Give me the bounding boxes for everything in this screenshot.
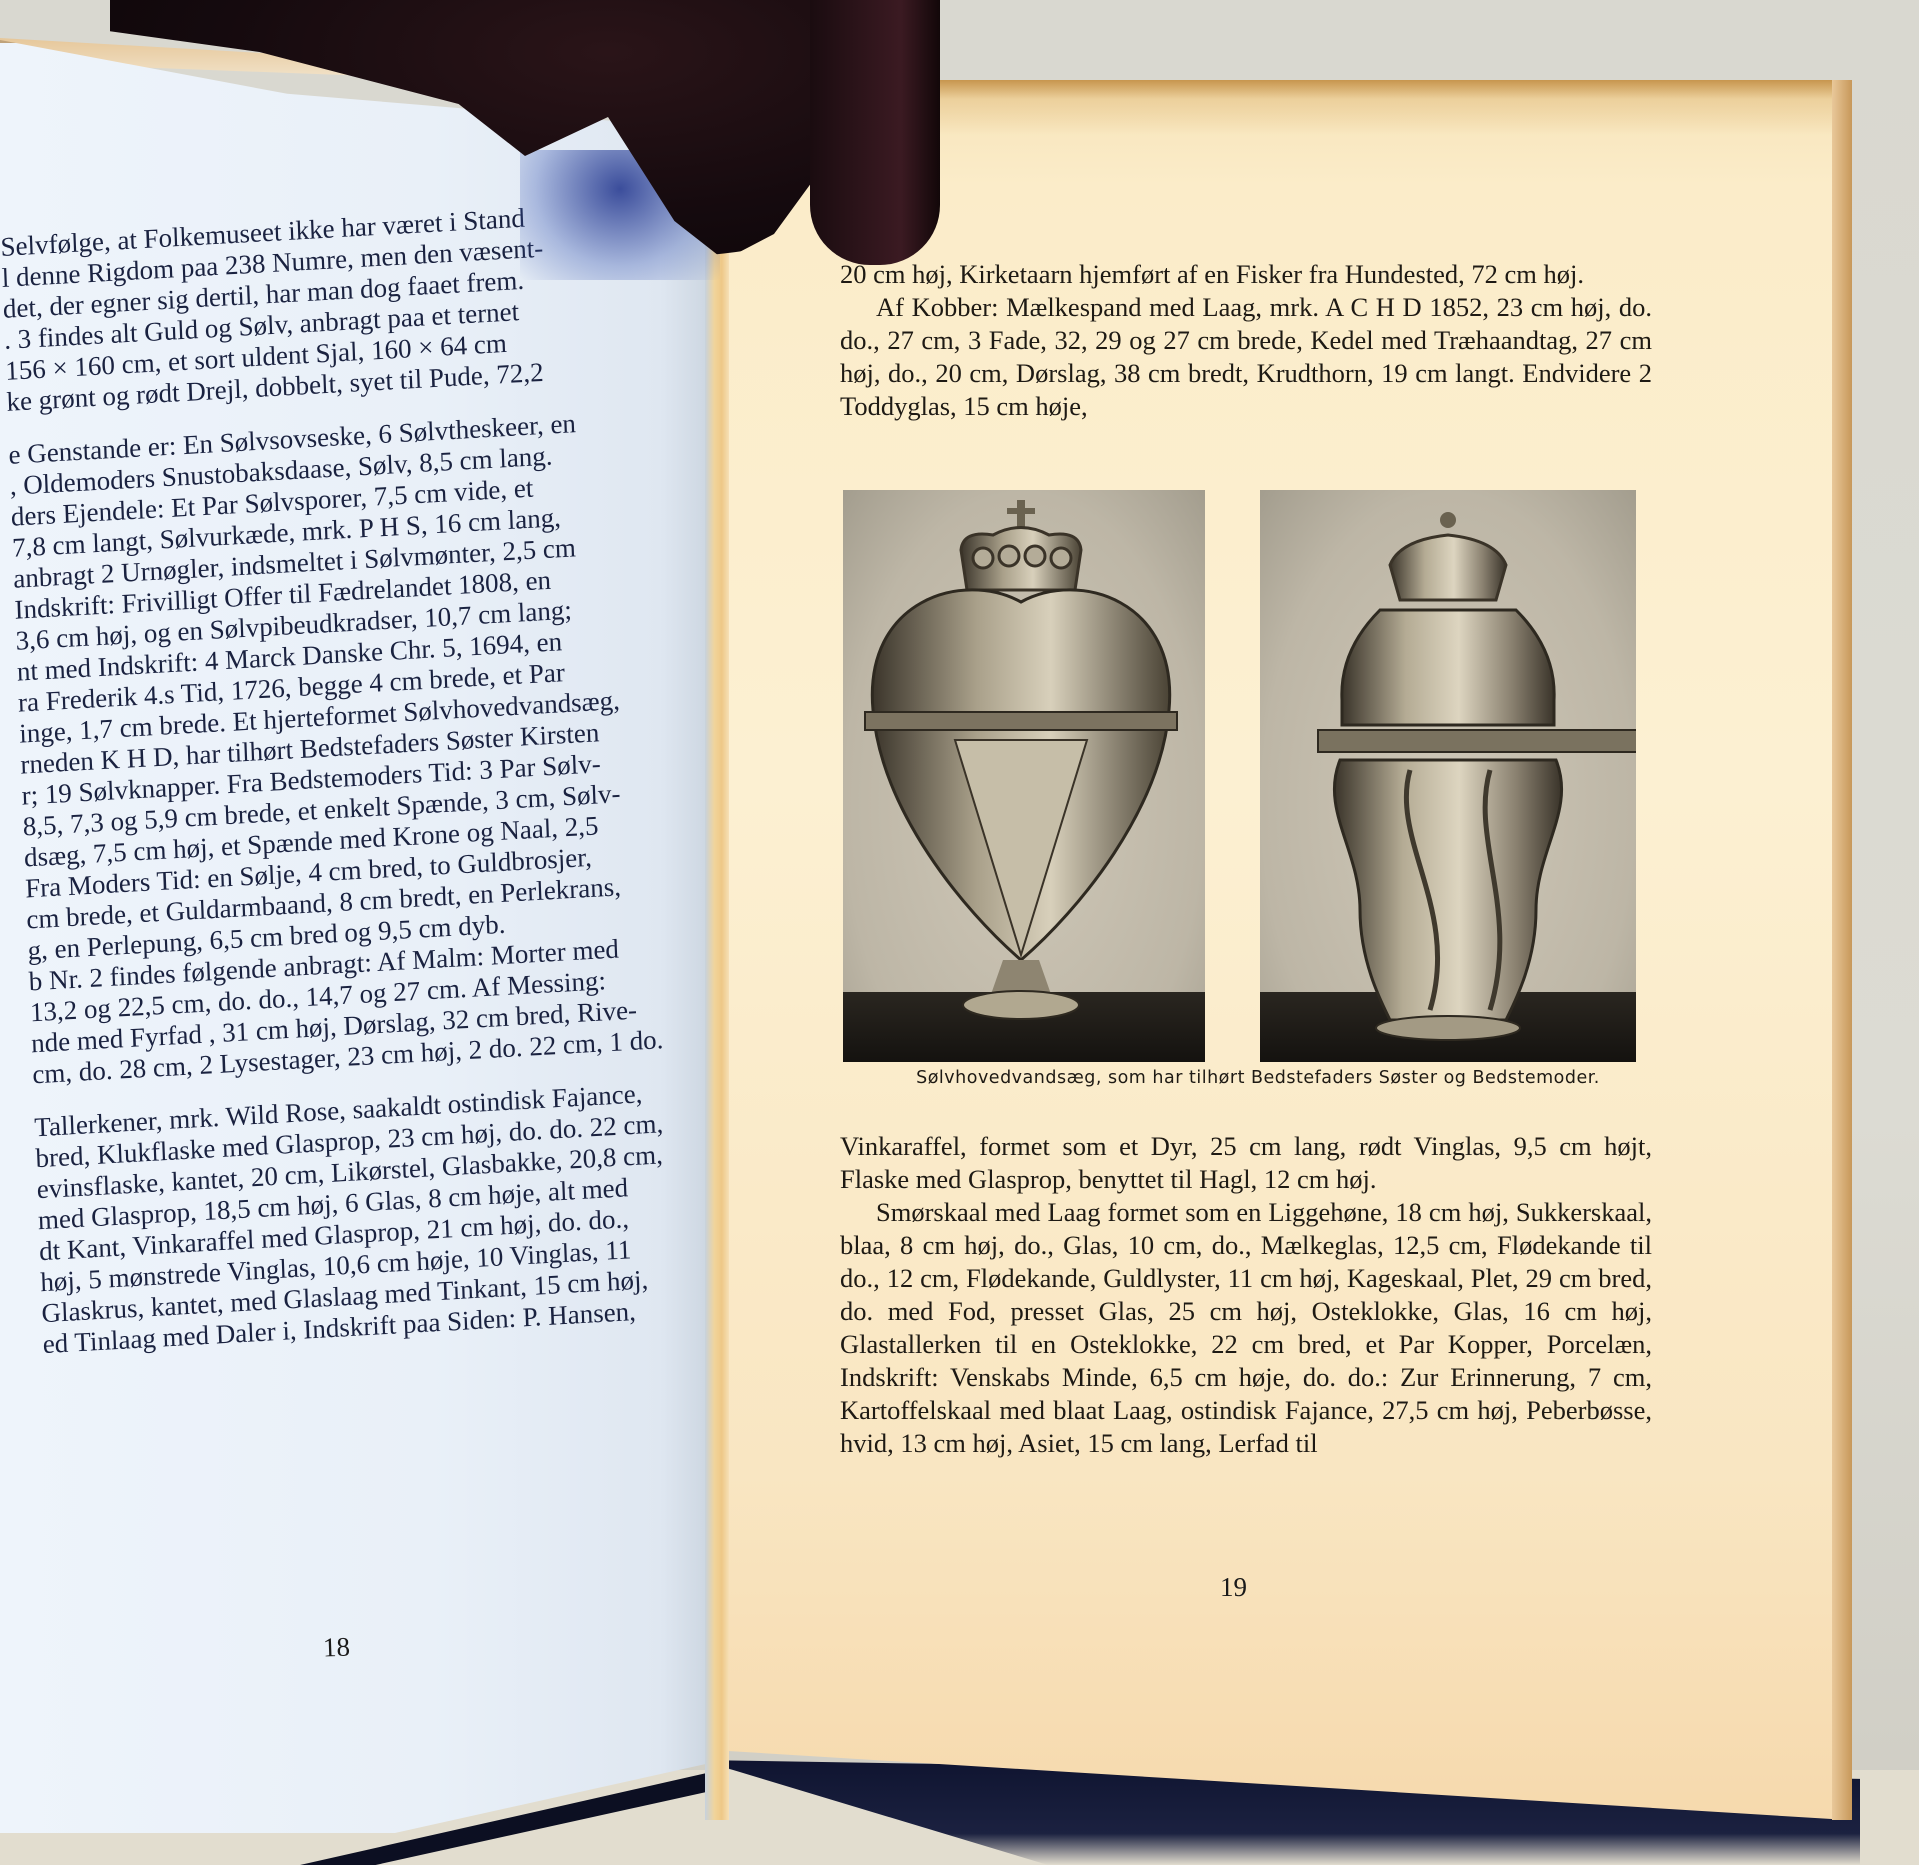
paragraph: Vinkaraffel, formet som et Dyr, 25 cm la… [840,1130,1652,1196]
photo-twisted-vinaigrette [1260,490,1636,1062]
page-number-right: 19 [1220,1572,1247,1603]
right-page-side-edge [1832,80,1852,1820]
twisted-vinaigrette-icon [1260,490,1636,1062]
left-page-text: Selvfølge, at Folkemuseet ikke har været… [0,193,732,1360]
right-page-bottom-text: Vinkaraffel, formet som et Dyr, 25 cm la… [840,1130,1652,1460]
figure-caption: Sølvhovedvandsæg, som har tilhørt Bedste… [858,1068,1658,1088]
page-number-left: 18 [322,1632,350,1664]
finger [810,0,940,265]
paragraph: Smørskaal med Laag formet som en Liggehø… [840,1196,1652,1460]
photo-heart-vinaigrette [843,490,1205,1062]
paragraph: 20 cm høj, Kirketaarn hjemført af en Fis… [840,258,1652,291]
paragraph: Af Kobber: Mælkespand med Laag, mrk. A C… [840,291,1652,423]
right-page-top-text: 20 cm høj, Kirketaarn hjemført af en Fis… [840,258,1652,423]
heart-vinaigrette-icon [843,490,1205,1062]
right-page-top-edge [905,80,1850,135]
book-photo-scene: Selvfølge, at Folkemuseet ikke har været… [0,0,1919,1865]
